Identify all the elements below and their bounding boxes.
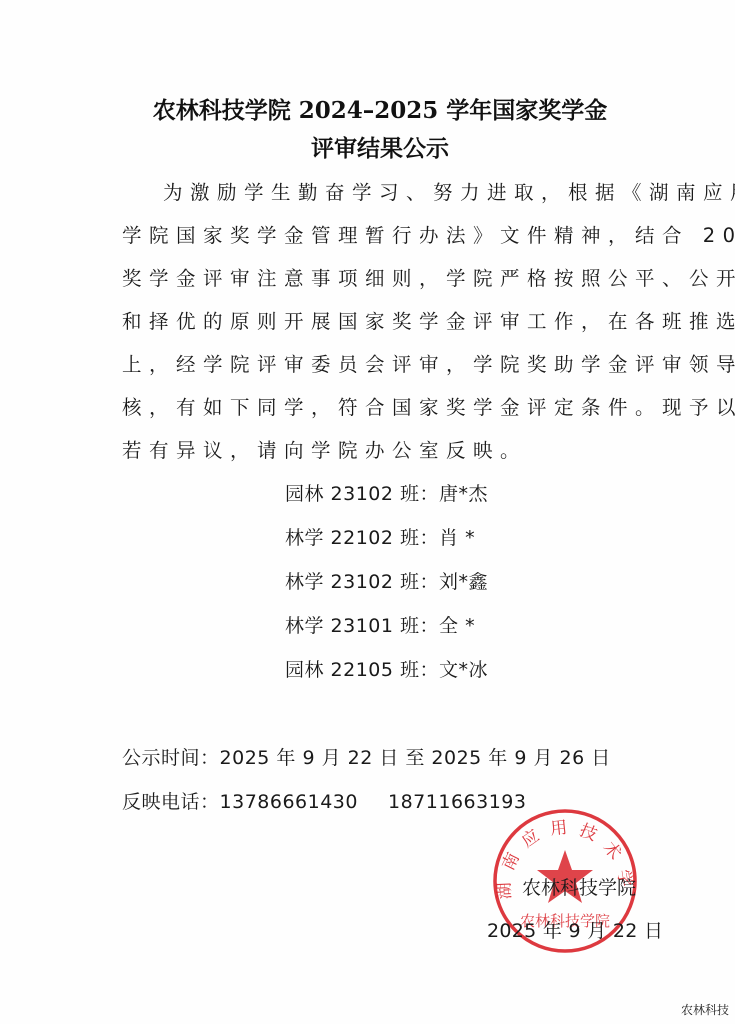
- awardee-name: 文*冰: [439, 659, 488, 681]
- awardee-separator: ：: [420, 483, 440, 505]
- awardee-item: 林学 23102 班：刘*鑫: [285, 570, 488, 594]
- document-title-line-1: 农林科技学院 2024–2025 学年国家奖学金: [0, 92, 735, 125]
- publicity-period-value: 2025 年 9 月 22 日 至 2025 年 9 月 26 日: [220, 747, 611, 769]
- paragraph-line: 上，经学院评审委员会评审，学院奖助学金评审领导小组审: [122, 353, 642, 377]
- publicity-period: 公示时间：2025 年 9 月 22 日 至 2025 年 9 月 26 日: [122, 746, 611, 770]
- paragraph-line: 为激励学生勤奋学习、努力进取，根据《湖南应用技术: [163, 181, 683, 205]
- watermark-label: 农林科技: [681, 1001, 729, 1018]
- awardee-name: 全 *: [439, 615, 475, 637]
- paragraph-line: 学院国家奖学金管理暂行办法》文件精神，结合 2025 国家: [122, 224, 642, 248]
- awardee-class: 林学 23102 班: [285, 571, 420, 593]
- paragraph-line: 若有异议，请向学院办公室反映。: [122, 439, 642, 463]
- awardee-separator: ：: [420, 615, 440, 637]
- document-title-line-2: 评审结果公示: [0, 130, 735, 163]
- contact-phone-2: 18711663193: [388, 791, 526, 813]
- publicity-period-label: 公示时间：: [122, 747, 220, 769]
- document-page: 农林科技学院 2024–2025 学年国家奖学金 评审结果公示 为激励学生勤奋学…: [0, 0, 735, 1024]
- contact-phones: 反映电话：1378666143018711663193: [122, 790, 526, 814]
- awardee-item: 园林 23102 班：唐*杰: [285, 482, 488, 506]
- awardee-name: 刘*鑫: [439, 571, 488, 593]
- awardee-class: 林学 23101 班: [285, 615, 420, 637]
- paragraph-line: 核，有如下同学，符合国家奖学金评定条件。现予以公示，: [122, 396, 642, 420]
- contact-label: 反映电话：: [122, 791, 220, 813]
- awardee-separator: ：: [420, 527, 440, 549]
- awardee-name: 肖 *: [439, 527, 475, 549]
- paragraph-line: 奖学金评审注意事项细则，学院严格按照公平、公开、公正: [122, 267, 642, 291]
- signature-date: 2025 年 9 月 22 日: [487, 919, 663, 943]
- awardee-class: 林学 22102 班: [285, 527, 420, 549]
- paragraph-line: 和择优的原则开展国家奖学金评审工作，在各班推选的基础: [122, 310, 642, 334]
- awardee-separator: ：: [420, 571, 440, 593]
- awardee-name: 唐*杰: [439, 483, 488, 505]
- awardee-class: 园林 23102 班: [285, 483, 420, 505]
- signature-organization: 农林科技学院: [522, 876, 636, 900]
- awardee-item: 林学 23101 班：全 *: [285, 614, 475, 638]
- awardee-separator: ：: [420, 659, 440, 681]
- awardee-item: 林学 22102 班：肖 *: [285, 526, 475, 550]
- awardee-class: 园林 22105 班: [285, 659, 420, 681]
- contact-phone-1: 13786661430: [220, 791, 358, 813]
- awardee-item: 园林 22105 班：文*冰: [285, 658, 488, 682]
